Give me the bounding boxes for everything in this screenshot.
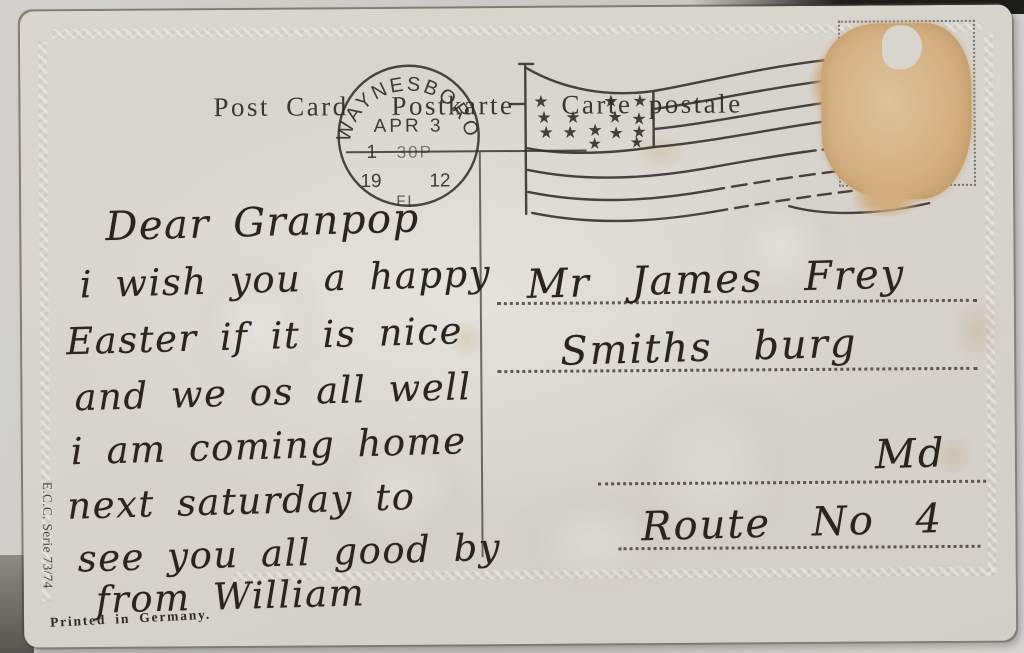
message-block: Dear Granpop i wish you a happy Easter i… bbox=[20, 5, 1012, 12]
flag-stars-icon bbox=[534, 94, 646, 149]
series-imprint: E.C.C. Serie 73/74 bbox=[39, 450, 56, 620]
message-line: i wish you a happy bbox=[79, 252, 491, 306]
postmark-year-right: 12 bbox=[429, 170, 450, 191]
postmark-year-left: 19 bbox=[360, 171, 381, 192]
address-route: Route No 4 bbox=[641, 496, 944, 550]
message-line: next saturday to bbox=[67, 475, 416, 528]
address-rule-3 bbox=[598, 480, 986, 486]
emboss-border-right bbox=[984, 35, 997, 575]
printed-in-imprint: Printed in Germany. bbox=[50, 607, 212, 631]
message-line: i am coming home bbox=[70, 419, 467, 473]
message-line: and we os all well bbox=[74, 365, 472, 419]
photo-backdrop: Post Card Postkarte Carte postale bbox=[0, 0, 1024, 653]
message-line: Easter if it is nice bbox=[66, 309, 464, 363]
message-line: Dear Granpop bbox=[105, 195, 421, 250]
postmark-date: APR 3 bbox=[374, 116, 444, 137]
address-city: Smiths burg bbox=[560, 321, 858, 375]
address-block: Mr James Frey Smiths burg Md Route No 4 bbox=[20, 5, 1012, 12]
message-line: see you all good by bbox=[77, 526, 502, 581]
stamp-residue bbox=[851, 183, 921, 217]
address-state: Md bbox=[874, 430, 946, 478]
postcard: Post Card Postkarte Carte postale bbox=[20, 5, 1016, 648]
